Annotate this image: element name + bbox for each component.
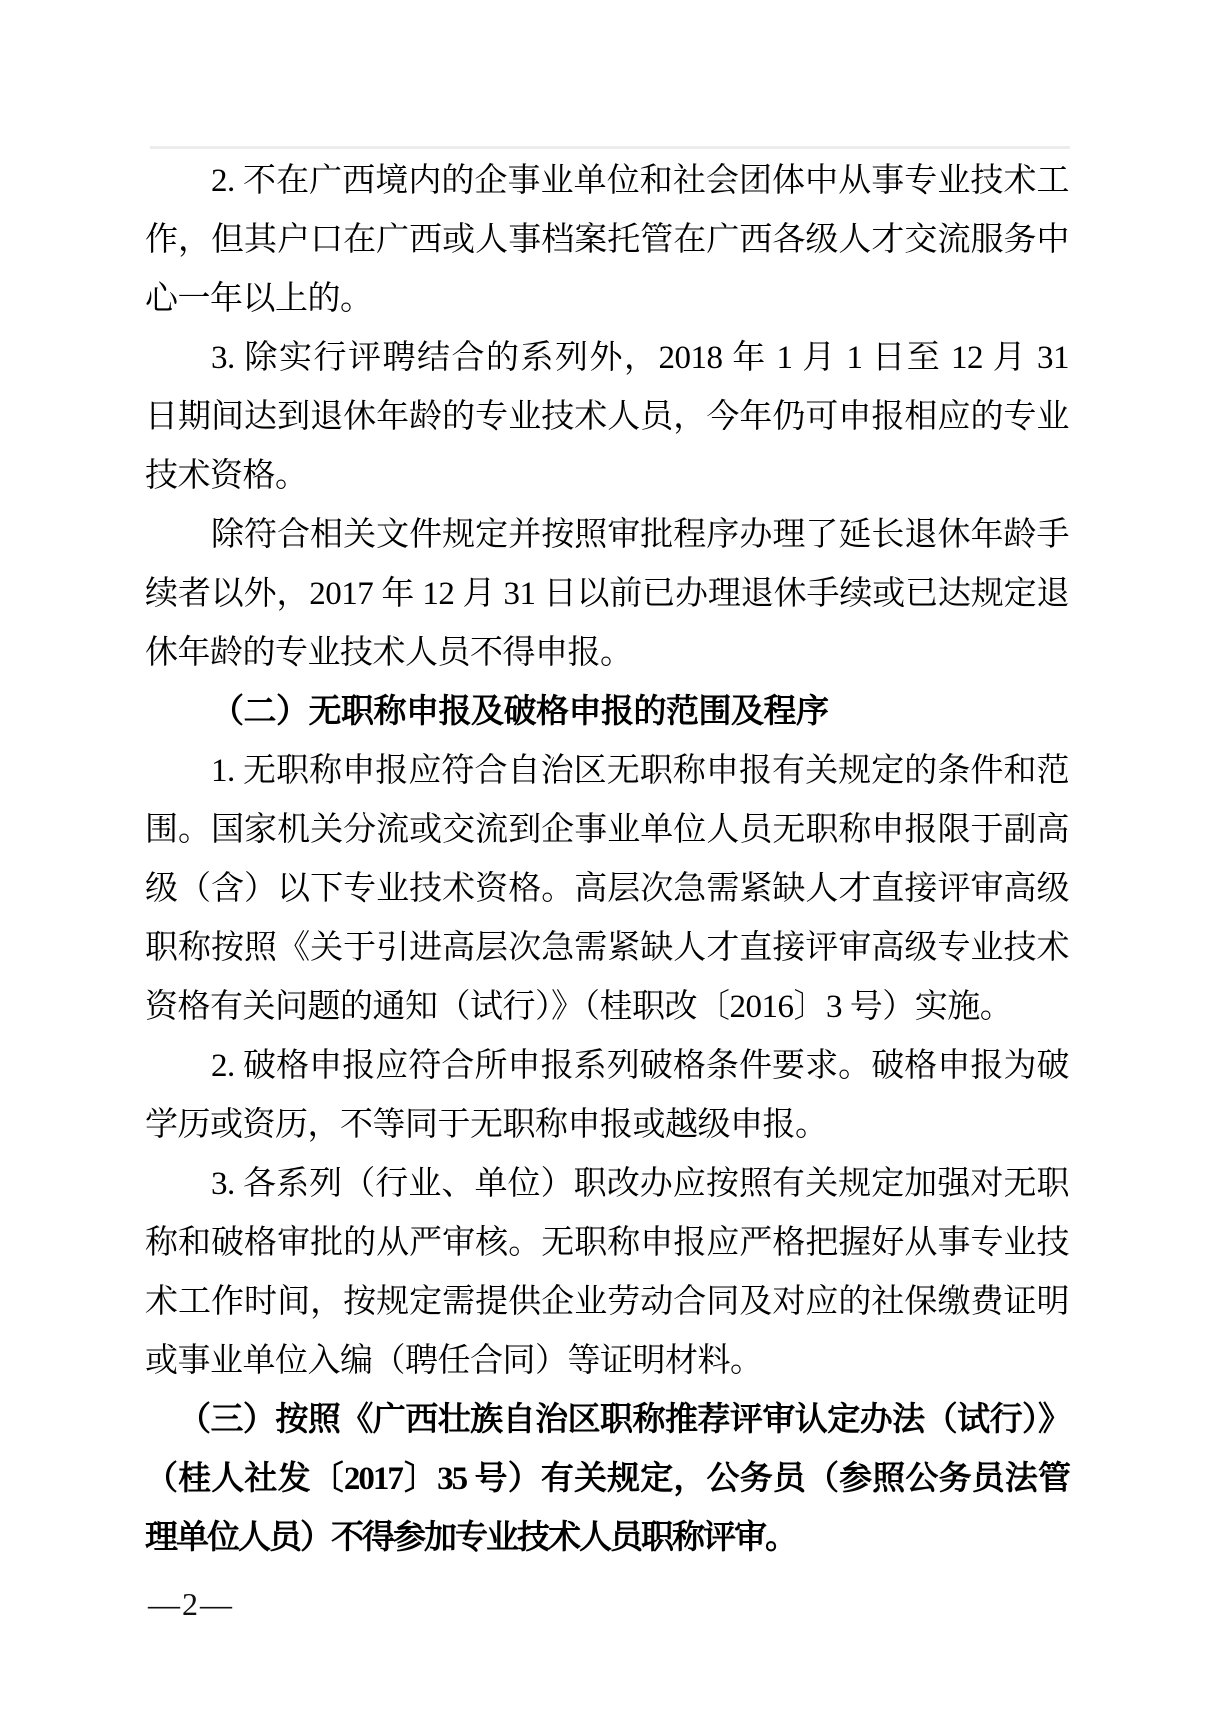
paragraph-6: 2. 破格申报应符合所申报系列破格条件要求。破格申报为破学历或资历，不等同于无职… — [145, 1037, 1069, 1155]
text-line: （三）按照《广西壮族自治区职称推荐评审认定办法（试行）》 — [145, 1391, 1069, 1450]
text-line: 3. 除实行评聘结合的系列外，2018 年 1 月 1 日至 12 月 31 — [145, 329, 1069, 388]
text-line: 技术资格。 — [145, 447, 1069, 506]
page-number: —2— — [148, 1586, 234, 1623]
paragraph-1: 2. 不在广西境内的企事业单位和社会团体中从事专业技术工作，但其户口在广西或人事… — [145, 152, 1069, 329]
paragraph-5: 1. 无职称申报应符合自治区无职称申报有关规定的条件和范围。国家机关分流或交流到… — [145, 742, 1069, 1037]
paragraph-7: 3. 各系列（行业、单位）职改办应按照有关规定加强对无职称和破格审批的从严审核。… — [145, 1155, 1069, 1391]
text-line: 3. 各系列（行业、单位）职改办应按照有关规定加强对无职 — [145, 1155, 1069, 1214]
text-line: 职称按照《关于引进高层次急需紧缺人才直接评审高级专业技术 — [145, 919, 1069, 978]
text-line: 休年龄的专业技术人员不得申报。 — [145, 624, 1069, 683]
text-line: 续者以外，2017 年 12 月 31 日以前已办理退休手续或已达规定退 — [145, 565, 1069, 624]
text-line: 除符合相关文件规定并按照审批程序办理了延长退休年龄手 — [145, 506, 1069, 565]
text-line: 作，但其户口在广西或人事档案托管在广西各级人才交流服务中 — [145, 211, 1069, 270]
text-line: 资格有关问题的通知（试行）》（桂职改〔2016〕3 号）实施。 — [145, 978, 1069, 1037]
paragraph-3: 除符合相关文件规定并按照审批程序办理了延长退休年龄手续者以外，2017 年 12… — [145, 506, 1069, 683]
text-line: 心一年以上的。 — [145, 270, 1069, 329]
text-line: 日期间达到退休年龄的专业技术人员，今年仍可申报相应的专业 — [145, 388, 1069, 447]
text-line: 理单位人员）不得参加专业技术人员职称评审。 — [145, 1509, 1069, 1568]
text-line: 2. 破格申报应符合所申报系列破格条件要求。破格申报为破 — [145, 1037, 1069, 1096]
text-line: 级（含）以下专业技术资格。高层次急需紧缺人才直接评审高级 — [145, 860, 1069, 919]
text-line: 2. 不在广西境内的企事业单位和社会团体中从事专业技术工 — [145, 152, 1069, 211]
paragraph-8: （三）按照《广西壮族自治区职称推荐评审认定办法（试行）》（桂人社发〔2017〕3… — [145, 1391, 1069, 1568]
text-line: 围。国家机关分流或交流到企事业单位人员无职称申报限于副高 — [145, 801, 1069, 860]
document-body: 2. 不在广西境内的企事业单位和社会团体中从事专业技术工作，但其户口在广西或人事… — [145, 152, 1069, 1568]
text-line: 称和破格审批的从严审核。无职称申报应严格把握好从事专业技 — [145, 1214, 1069, 1273]
paragraph-2: 3. 除实行评聘结合的系列外，2018 年 1 月 1 日至 12 月 31日期… — [145, 329, 1069, 506]
text-line: （桂人社发〔2017〕35 号）有关规定，公务员（参照公务员法管 — [145, 1450, 1069, 1509]
text-line: （二）无职称申报及破格申报的范围及程序 — [145, 683, 1069, 742]
text-line: 学历或资历，不等同于无职称申报或越级申报。 — [145, 1096, 1069, 1155]
text-line: 或事业单位入编（聘任合同）等证明材料。 — [145, 1332, 1069, 1391]
paragraph-4: （二）无职称申报及破格申报的范围及程序 — [145, 683, 1069, 742]
scan-artifact-line — [150, 146, 1070, 149]
text-line: 术工作时间，按规定需提供企业劳动合同及对应的社保缴费证明 — [145, 1273, 1069, 1332]
text-line: 1. 无职称申报应符合自治区无职称申报有关规定的条件和范 — [145, 742, 1069, 801]
